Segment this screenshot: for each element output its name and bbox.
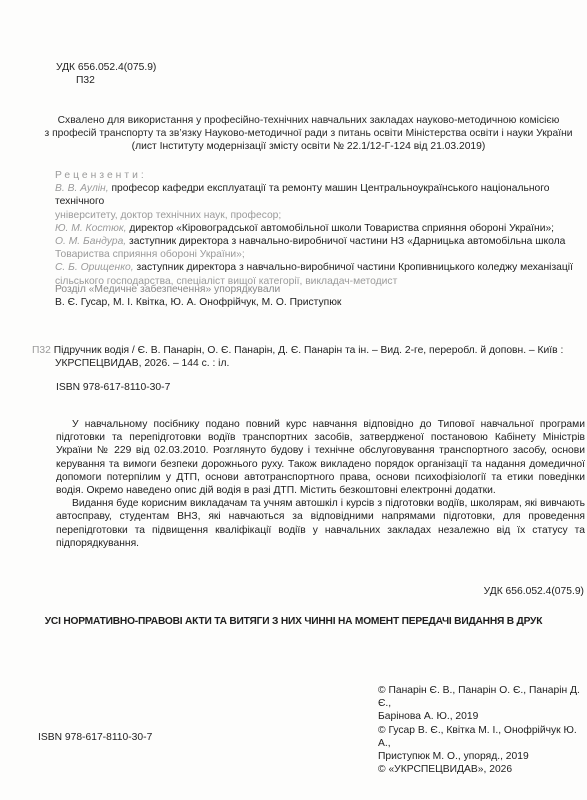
- medical-section-credits: Розділ «Медичне забезпечення» упорядкува…: [55, 283, 585, 309]
- reviewers-header: Рецензенти:: [55, 169, 585, 182]
- medical-section-label: Розділ «Медичне забезпечення» упорядкува…: [55, 283, 585, 296]
- legal-notice: УСІ НОРМАТИВНО-ПРАВОВІ АКТИ ТА ВИТЯГИ З …: [0, 615, 587, 628]
- isbn-bottom: ISBN 978-617-8110-30-7: [38, 731, 152, 744]
- reviewer-role: заступник директора з навчально-виробнич…: [134, 262, 573, 273]
- copyright-line: Приступюк М. О., упоряд., 2019: [378, 750, 587, 763]
- reviewer-name: О. М. Бандура,: [55, 236, 126, 247]
- reviewer-role-cont: Товариства сприяння обороні України»;: [55, 249, 245, 260]
- reviewer-role: заступник директора з навчально-виробнич…: [126, 236, 565, 247]
- reviewer-name: С. Б. Орищенко,: [55, 262, 134, 273]
- bibliographic-record: П32 Підручник водія / Є. В. Панарін, О. …: [32, 344, 587, 370]
- approval-line-3: (лист Інституту модернізації змісту осві…: [30, 140, 587, 153]
- approval-line-2: з професій транспорту та зв’язку Науково…: [30, 127, 587, 140]
- udk-code: УДК 656.052.4(075.9): [56, 61, 156, 74]
- isbn-top: ISBN 978-617-8110-30-7: [56, 381, 170, 394]
- author-mark: П32: [56, 74, 156, 87]
- copyright-block: © Панарін Є. В., Панарін О. Є., Панарін …: [378, 684, 587, 776]
- copyright-line: © Гусар В. Є., Квітка М. І., Онофрійчук …: [378, 724, 587, 750]
- annotation-paragraph: Видання буде корисним викладачам та учня…: [56, 497, 585, 550]
- biblio-line-2: УКРСПЕЦВИДАВ, 2026. – 144 с. : іл.: [32, 357, 587, 370]
- approval-statement: Схвалено для використання у професійно-т…: [30, 114, 587, 154]
- reviewer-item: В. В. Аулін, професор кафедри експлуатац…: [55, 182, 585, 222]
- reviewer-name: В. В. Аулін,: [55, 183, 109, 194]
- biblio-line-1: Підручник водія / Є. В. Панарін, О. Є. П…: [51, 345, 563, 356]
- reviewer-item: О. М. Бандура, заступник директора з нав…: [55, 235, 585, 261]
- reviewer-role: директор «Кіровоградської автомобільної …: [127, 223, 554, 234]
- copyright-line: © Панарін Є. В., Панарін О. Є., Панарін …: [378, 684, 587, 710]
- copyright-line: Барінова А. Ю., 2019: [378, 710, 587, 723]
- udk-block-top: УДК 656.052.4(075.9) П32: [56, 61, 156, 87]
- reviewers-section: Рецензенти: В. В. Аулін, професор кафедр…: [55, 169, 585, 288]
- reviewer-role-cont: університету, доктор технічних наук, про…: [55, 210, 281, 221]
- approval-line-1: Схвалено для використання у професійно-т…: [30, 114, 587, 127]
- udk-code-bottom: УДК 656.052.4(075.9): [484, 585, 584, 598]
- reviewer-item: Ю. М. Костюк, директор «Кіровоградської …: [55, 222, 585, 235]
- reviewer-role: професор кафедри експлуатації та ремонту…: [55, 183, 550, 207]
- annotation: У навчальному посібнику подано повний ку…: [56, 418, 585, 550]
- copyright-line: © «УКРСПЕЦВИДАВ», 2026: [378, 763, 587, 776]
- reviewer-name: Ю. М. Костюк,: [55, 223, 127, 234]
- medical-section-authors: В. Є. Гусар, М. І. Квітка, Ю. А. Онофрій…: [55, 296, 585, 309]
- annotation-paragraph: У навчальному посібнику подано повний ку…: [56, 418, 585, 497]
- biblio-code: П32: [32, 345, 51, 356]
